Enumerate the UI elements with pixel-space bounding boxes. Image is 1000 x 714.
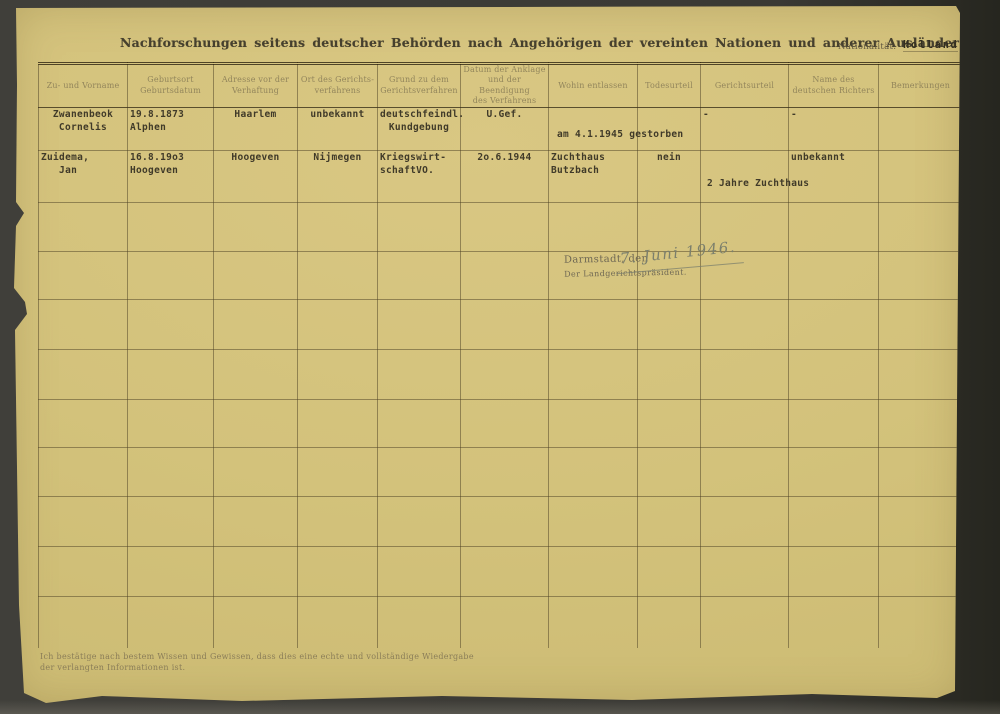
cell-death-sentence bbox=[638, 107, 701, 150]
cell-empty bbox=[879, 299, 963, 349]
cell-empty bbox=[128, 596, 214, 648]
cell-empty bbox=[39, 596, 128, 648]
cell-birth: 19.8.1873 Alphen bbox=[128, 107, 214, 150]
cell-empty bbox=[549, 349, 638, 399]
table-header: Zu- und Vorname Geburtsort Geburtsdatum … bbox=[39, 64, 963, 108]
cell-empty bbox=[214, 202, 298, 251]
cell-empty bbox=[789, 202, 879, 251]
table-row-empty bbox=[39, 202, 963, 251]
cell-empty bbox=[39, 546, 128, 596]
column-header-reason: Grund zu dem Gerichtsverfahren bbox=[378, 64, 461, 108]
table-row: Zuidema, Jan 16.8.19o3 Hoogeven Hoogeven… bbox=[39, 150, 963, 202]
column-header-name: Zu- und Vorname bbox=[39, 64, 128, 108]
table-row-empty bbox=[39, 447, 963, 496]
column-header-verdict: Gerichtsurteil bbox=[701, 64, 789, 108]
cell-empty bbox=[298, 546, 378, 596]
column-header-released-to: Wohin entlassen bbox=[549, 64, 638, 108]
cell-empty bbox=[789, 546, 879, 596]
nationality-label: Nationalität: bbox=[838, 42, 896, 52]
cell-empty bbox=[128, 299, 214, 349]
cell-verdict: - bbox=[701, 107, 789, 150]
column-header-judge: Name des deutschen Richters bbox=[789, 64, 879, 108]
cell-empty bbox=[298, 496, 378, 546]
cell-empty bbox=[789, 496, 879, 546]
cell-empty bbox=[214, 349, 298, 399]
cell-empty bbox=[638, 496, 701, 546]
cell-empty bbox=[701, 546, 789, 596]
cell-empty bbox=[214, 496, 298, 546]
column-header-address: Adresse vor der Verhaftung bbox=[214, 64, 298, 108]
cell-empty bbox=[638, 596, 701, 648]
cell-empty bbox=[378, 349, 461, 399]
cell-empty bbox=[461, 447, 549, 496]
cell-empty bbox=[39, 399, 128, 447]
cell-empty bbox=[789, 447, 879, 496]
cell-empty bbox=[214, 546, 298, 596]
cell-empty bbox=[549, 202, 638, 251]
cell-empty bbox=[39, 202, 128, 251]
cell-name: Zwanenbeok Cornelis bbox=[39, 107, 128, 150]
cell-empty bbox=[549, 299, 638, 349]
cell-empty bbox=[298, 349, 378, 399]
cell-empty bbox=[879, 447, 963, 496]
cell-reason: Kriegswirt- schaftVO. bbox=[378, 150, 461, 202]
cell-empty bbox=[461, 202, 549, 251]
cell-empty bbox=[701, 349, 789, 399]
column-header-date: Datum der Anklage und der Beendigung des… bbox=[461, 64, 549, 108]
cell-empty bbox=[461, 349, 549, 399]
cell-empty bbox=[549, 447, 638, 496]
cell-empty bbox=[789, 349, 879, 399]
cell-empty bbox=[128, 251, 214, 299]
cell-empty bbox=[378, 251, 461, 299]
table-row-empty bbox=[39, 596, 963, 648]
cell-empty bbox=[378, 299, 461, 349]
cell-remarks bbox=[879, 150, 963, 202]
cell-empty bbox=[214, 251, 298, 299]
cell-empty bbox=[789, 596, 879, 648]
cell-empty bbox=[298, 399, 378, 447]
cell-empty bbox=[701, 399, 789, 447]
table-row-empty bbox=[39, 546, 963, 596]
cell-remarks bbox=[879, 107, 963, 150]
cell-empty bbox=[549, 546, 638, 596]
cell-empty bbox=[638, 447, 701, 496]
cell-empty bbox=[549, 596, 638, 648]
cell-empty bbox=[298, 447, 378, 496]
cell-empty bbox=[378, 447, 461, 496]
cell-empty bbox=[39, 496, 128, 546]
cell-empty bbox=[128, 349, 214, 399]
cell-empty bbox=[879, 251, 963, 299]
cell-empty bbox=[378, 546, 461, 596]
cell-empty bbox=[461, 496, 549, 546]
cell-empty bbox=[128, 496, 214, 546]
cell-judge: unbekannt bbox=[789, 150, 879, 202]
cell-empty bbox=[461, 251, 549, 299]
cell-empty bbox=[701, 447, 789, 496]
table-row-empty bbox=[39, 399, 963, 447]
cell-released-to: Zuchthaus Butzbach bbox=[549, 150, 638, 202]
cell-empty bbox=[378, 496, 461, 546]
table-header-row: Zu- und Vorname Geburtsort Geburtsdatum … bbox=[39, 64, 963, 108]
cell-empty bbox=[39, 299, 128, 349]
cell-court-place: Nijmegen bbox=[298, 150, 378, 202]
cell-empty bbox=[879, 202, 963, 251]
footer-line-2: der verlangten Informationen ist. bbox=[40, 662, 474, 673]
cell-empty bbox=[638, 399, 701, 447]
cell-empty bbox=[701, 299, 789, 349]
cell-empty bbox=[128, 202, 214, 251]
document-paper: Nachforschungen seitens deutscher Behörd… bbox=[12, 5, 962, 704]
date-stamp: Darmstadt, den 7. Juni 1946. Der Landger… bbox=[564, 251, 764, 278]
table-row: Zwanenbeok Cornelis 19.8.1873 Alphen Haa… bbox=[39, 107, 963, 150]
cell-empty bbox=[549, 496, 638, 546]
cell-empty bbox=[879, 596, 963, 648]
cell-empty bbox=[461, 546, 549, 596]
cell-empty bbox=[789, 299, 879, 349]
column-header-remarks: Bemerkungen bbox=[879, 64, 963, 108]
cell-empty bbox=[128, 546, 214, 596]
cell-empty bbox=[378, 596, 461, 648]
column-header-court-place: Ort des Gerichts- verfahrens bbox=[298, 64, 378, 108]
column-header-birth: Geburtsort Geburtsdatum bbox=[128, 64, 214, 108]
footer-line-1: Ich bestätige nach bestem Wissen und Gew… bbox=[40, 651, 474, 662]
cell-empty bbox=[298, 299, 378, 349]
cell-judge: - bbox=[789, 107, 879, 150]
cell-address: Haarlem bbox=[214, 107, 298, 150]
cell-empty bbox=[39, 349, 128, 399]
table-row-empty bbox=[39, 251, 963, 299]
cell-empty bbox=[378, 202, 461, 251]
cell-empty bbox=[701, 496, 789, 546]
table-body: Zwanenbeok Cornelis 19.8.1873 Alphen Haa… bbox=[39, 107, 963, 648]
cell-empty bbox=[461, 596, 549, 648]
cell-empty bbox=[879, 399, 963, 447]
table-row-empty bbox=[39, 349, 963, 399]
cell-empty bbox=[879, 546, 963, 596]
cell-empty bbox=[638, 546, 701, 596]
cell-empty bbox=[39, 251, 128, 299]
cell-verdict: 2 Jahre Zuchthaus bbox=[701, 150, 789, 202]
cell-empty bbox=[701, 596, 789, 648]
cell-empty bbox=[214, 447, 298, 496]
document-title: Nachforschungen seitens deutscher Behörd… bbox=[120, 35, 959, 50]
cell-empty bbox=[638, 349, 701, 399]
cell-reason: deutschfeindl. Kundgebung bbox=[378, 107, 461, 150]
cell-empty bbox=[789, 399, 879, 447]
cell-empty bbox=[879, 496, 963, 546]
cell-empty bbox=[39, 447, 128, 496]
inquiry-table: Zu- und Vorname Geburtsort Geburtsdatum … bbox=[38, 62, 963, 648]
cell-empty bbox=[298, 596, 378, 648]
cell-empty bbox=[128, 399, 214, 447]
cell-empty bbox=[214, 596, 298, 648]
cell-birth: 16.8.19o3 Hoogeven bbox=[128, 150, 214, 202]
cell-court-place: unbekannt bbox=[298, 107, 378, 150]
cell-empty bbox=[214, 299, 298, 349]
cell-empty bbox=[879, 349, 963, 399]
table-row-empty bbox=[39, 496, 963, 546]
cell-name: Zuidema, Jan bbox=[39, 150, 128, 202]
column-header-death-sentence: Todesurteil bbox=[638, 64, 701, 108]
cell-empty bbox=[298, 202, 378, 251]
cell-date: 2o.6.1944 bbox=[461, 150, 549, 202]
cell-empty bbox=[789, 251, 879, 299]
certification-footer: Ich bestätige nach bestem Wissen und Gew… bbox=[40, 651, 474, 673]
cell-empty bbox=[461, 299, 549, 349]
cell-address: Hoogeven bbox=[214, 150, 298, 202]
cell-empty bbox=[549, 399, 638, 447]
cell-empty bbox=[128, 447, 214, 496]
cell-empty bbox=[214, 399, 298, 447]
cell-date: U.Gef. bbox=[461, 107, 549, 150]
cell-empty bbox=[298, 251, 378, 299]
cell-empty bbox=[378, 399, 461, 447]
nationality-value: Holland bbox=[903, 39, 958, 52]
cell-death-sentence: nein bbox=[638, 150, 701, 202]
cell-empty bbox=[461, 399, 549, 447]
cell-empty bbox=[638, 299, 701, 349]
table-row-empty bbox=[39, 299, 963, 349]
scan-background: Nachforschungen seitens deutscher Behörd… bbox=[0, 0, 1000, 714]
cell-released-to: am 4.1.1945 gestorben bbox=[549, 107, 638, 150]
